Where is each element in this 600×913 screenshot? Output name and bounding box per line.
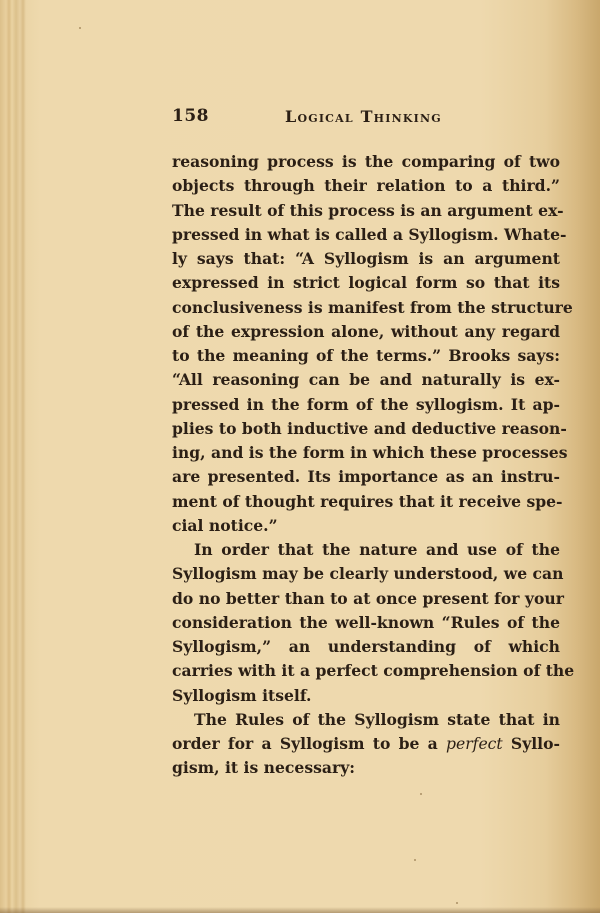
text-line: do no better than to at once present for… xyxy=(172,587,560,611)
text-line: to the meaning of the terms.” Brooks say… xyxy=(172,344,560,368)
paper-speck xyxy=(420,793,422,795)
text-line: carries with it a perfect comprehension … xyxy=(172,659,560,683)
text-line: “All reasoning can be and naturally is e… xyxy=(172,368,560,392)
text-line: Syllogism may be clearly understood, we … xyxy=(172,562,560,586)
text-line: ment of thought requires that it receive… xyxy=(172,490,560,514)
text-line: The Rules of the Syllogism state that in xyxy=(172,708,560,732)
text-line: cial notice.” xyxy=(172,514,560,538)
text-line: consideration the well-known “Rules of t… xyxy=(172,611,560,635)
book-page: 158 Logical Thinking reasoning process i… xyxy=(0,0,600,913)
text-line: ly says that: “A Syllogism is an argumen… xyxy=(172,247,560,271)
running-head: 158 Logical Thinking xyxy=(172,106,560,130)
text-line: In order that the nature and use of the xyxy=(172,538,560,562)
text-line: Syllogism,” an understanding of which xyxy=(172,635,560,659)
text-line: The result of this process is an argumen… xyxy=(172,199,560,223)
emphasis-perfect: perfect xyxy=(446,735,503,753)
text-line: ing, and is the form in which these proc… xyxy=(172,441,560,465)
running-title: Logical Thinking xyxy=(285,107,442,126)
text-line: order for a Syllogism to be a perfect Sy… xyxy=(172,732,560,756)
text-run: Syllo- xyxy=(503,734,560,753)
paper-speck xyxy=(414,859,416,861)
paper-speck xyxy=(79,27,81,29)
text-line: Syllogism itself. xyxy=(172,684,560,708)
text-line: of the expression alone, without any reg… xyxy=(172,320,560,344)
text-line: objects through their relation to a thir… xyxy=(172,174,560,198)
page-number: 158 xyxy=(172,106,209,126)
text-line: pressed in what is called a Syllogism. W… xyxy=(172,223,560,247)
text-line: gism, it is necessary: xyxy=(172,756,560,780)
text-line: plies to both inductive and deductive re… xyxy=(172,417,560,441)
paragraph-1: reasoning process is the comparing of tw… xyxy=(172,150,560,538)
paper-speck xyxy=(456,902,458,904)
text-line: expressed in strict logical form so that… xyxy=(172,271,560,295)
text-run: order for a Syllogism to be a xyxy=(172,734,446,753)
text-line: are presented. Its importance as an inst… xyxy=(172,465,560,489)
paragraph-3: The Rules of the Syllogism state that in… xyxy=(172,708,560,781)
paragraph-2: In order that the nature and use of the … xyxy=(172,538,560,708)
text-line: conclusiveness is manifest from the stru… xyxy=(172,296,560,320)
text-line: reasoning process is the comparing of tw… xyxy=(172,150,560,174)
body-text: reasoning process is the comparing of tw… xyxy=(172,150,560,781)
text-line: pressed in the form of the syllogism. It… xyxy=(172,393,560,417)
